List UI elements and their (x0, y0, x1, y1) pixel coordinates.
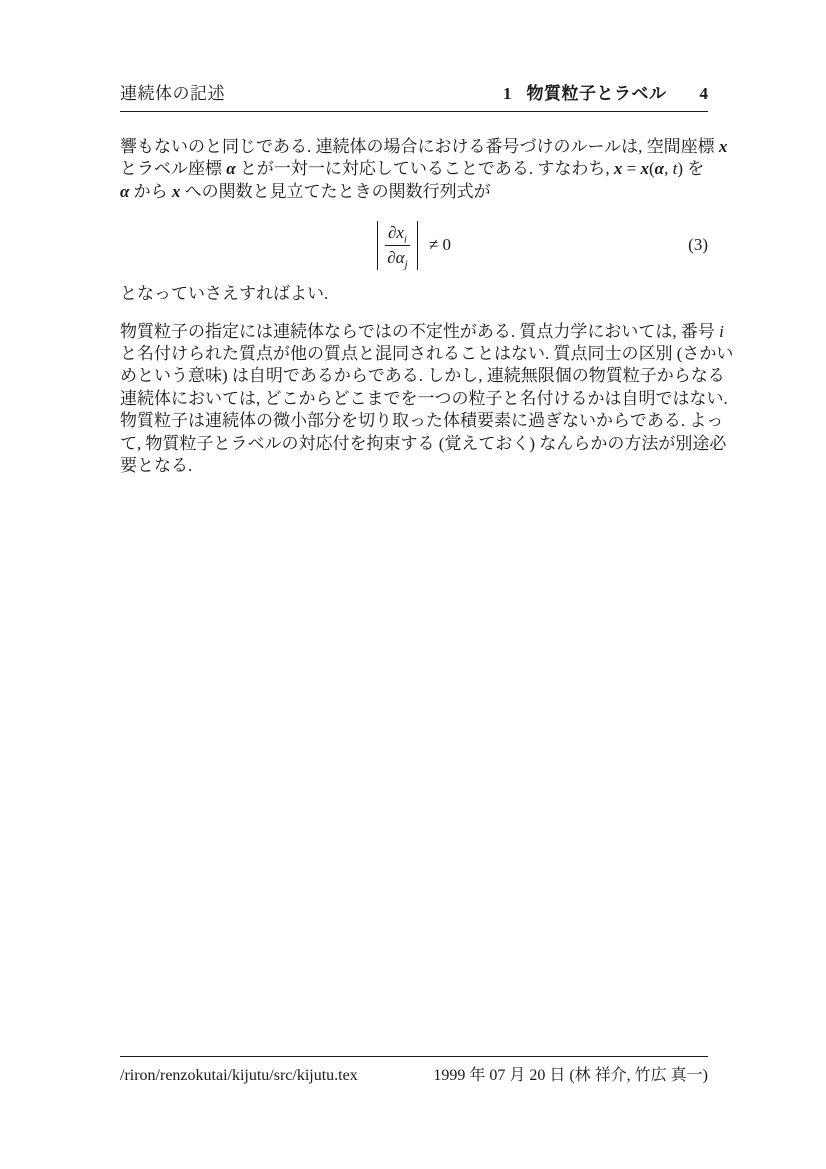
paragraph-2: 物質粒子の指定には連続体ならではの不定性がある. 質点力学においては, 番号 i… (120, 321, 708, 478)
subscript-i: i (404, 233, 407, 245)
equation-determinant-bars: ∂xi ∂αj (377, 221, 418, 270)
body-line: とラベル座標 α とが一対一に対応していることである. すなわち, x = x(… (120, 158, 708, 180)
footer-file-path: /riron/renzokutai/kijutu/src/kijutu.tex (120, 1066, 358, 1086)
partial-x: ∂x (388, 223, 404, 242)
text-segment: 響もないのと同じである. 連続体の場合における番号づけのルールは, 空間座標 (120, 137, 719, 156)
inline-math: α (226, 159, 235, 178)
text-segment: て, 物質粒子とラベルの対応付を拘束する (覚えておく) なんらかの方法が別途必 (120, 434, 726, 453)
inline-math: α (120, 182, 129, 201)
text-segment: 物質粒子は連続体の微小部分を切り取った体積要素に過ぎないからである. よっ (120, 411, 723, 430)
body-line: めという意味) は自明であるからである. しかし, 連続無限個の物質粒子からなる (120, 365, 708, 387)
text-segment: とが一対一に対応していることである. すなわち, (236, 159, 614, 178)
inline-math: i (719, 322, 724, 341)
document-page: 連続体の記述 1 物質粒子とラベル 4 響もないのと同じである. 連続体の場合に… (0, 0, 826, 1169)
header-section-number: 1 (503, 84, 512, 104)
text-segment: めという意味) は自明であるからである. しかし, 連続無限個の物質粒子からなる (120, 366, 725, 385)
text-segment: ) を (677, 159, 704, 178)
body-line: 物質粒子は連続体の微小部分を切り取った体積要素に過ぎないからである. よっ (120, 410, 708, 432)
footer-date-authors: 1999 年 07 月 20 日 (林 祥介, 竹広 真一) (433, 1066, 708, 1086)
header-section-title: 物質粒子とラベル (527, 84, 667, 104)
body-line: α から x への関数と見立てたときの関数行列式が (120, 181, 708, 203)
page-header: 連続体の記述 1 物質粒子とラベル 4 (120, 84, 708, 112)
text-segment: 物質粒子の指定には連続体ならではの不定性がある. 質点力学においては, 番号 (120, 322, 719, 341)
body-line: 要となる. (120, 455, 708, 477)
equation-numerator: ∂xi (385, 223, 410, 247)
text-segment: と名付けられた質点が他の質点と混同されることはない. 質点同士の区別 (さかい (120, 344, 733, 363)
body-line: 物質粒子の指定には連続体ならではの不定性がある. 質点力学においては, 番号 i (120, 321, 708, 343)
inline-math: x (641, 159, 650, 178)
body-line: て, 物質粒子とラベルの対応付を拘束する (覚えておく) なんらかの方法が別途必 (120, 433, 708, 455)
body-line: 連続体においては, どこからどこまでを一つの粒子と名付けるかは自明ではない. (120, 388, 708, 410)
equation-number: (3) (688, 234, 708, 256)
body-line: となっていさえすればよい. (120, 283, 708, 305)
equation-relation: ≠ 0 (429, 234, 451, 256)
header-page-number: 4 (700, 84, 709, 104)
text-segment: となっていさえすればよい. (120, 284, 328, 303)
equation-denominator: ∂αj (387, 246, 407, 268)
body-text: 響もないのと同じである. 連続体の場合における番号づけのルールは, 空間座標 x… (120, 136, 708, 477)
equation-fraction: ∂xi ∂αj (385, 223, 410, 268)
paragraph-gap (120, 306, 708, 321)
text-segment: から (129, 182, 172, 201)
inline-math: x (719, 137, 728, 156)
body-line: と名付けられた質点が他の質点と混同されることはない. 質点同士の区別 (さかい (120, 343, 708, 365)
header-left-title: 連続体の記述 (120, 84, 225, 104)
body-line: 響もないのと同じである. 連続体の場合における番号づけのルールは, 空間座標 x (120, 136, 708, 158)
paragraph-1: 響もないのと同じである. 連続体の場合における番号づけのルールは, 空間座標 x… (120, 136, 708, 203)
text-segment: とラベル座標 (120, 159, 226, 178)
subscript-j: j (405, 259, 408, 271)
header-section: 1 物質粒子とラベル 4 (503, 84, 708, 104)
page-footer: /riron/renzokutai/kijutu/src/kijutu.tex … (120, 1056, 708, 1086)
text-segment: 要となる. (120, 456, 192, 475)
text-segment: , (664, 159, 673, 178)
text-segment: 連続体においては, どこからどこまでを一つの粒子と名付けるかは自明ではない. (120, 389, 728, 408)
partial-alpha: ∂α (387, 248, 404, 267)
paragraph-1-close: となっていさえすればよい. (120, 283, 708, 305)
text-segment: への関数と見立てたときの関数行列式が (180, 182, 490, 201)
display-equation: ∂xi ∂αj ≠ 0 (3) (120, 216, 708, 274)
text-segment: = (622, 159, 640, 178)
inline-math: α (655, 159, 664, 178)
